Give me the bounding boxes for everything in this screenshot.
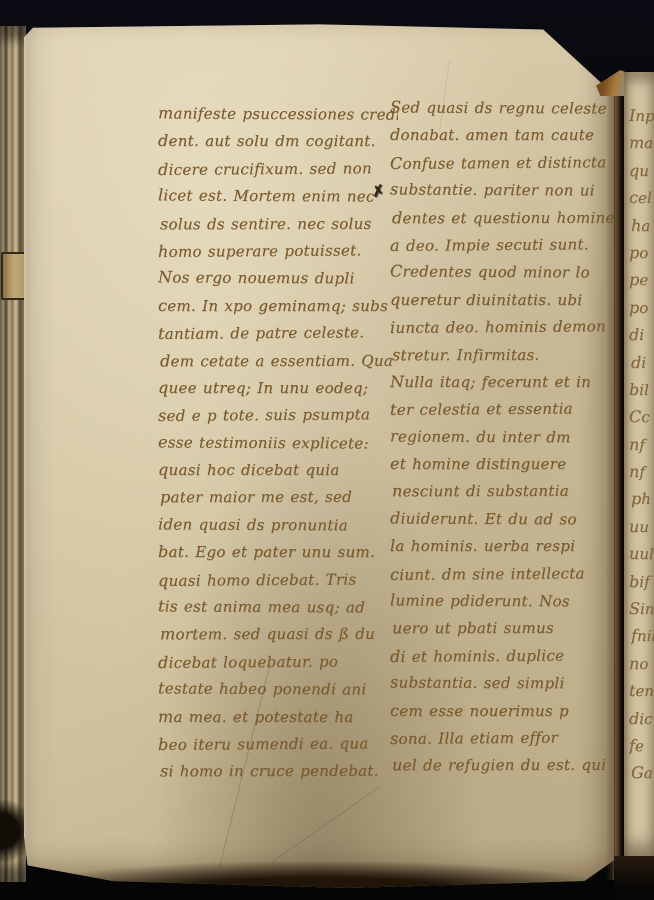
manuscript-text-fragment: ha [631, 212, 654, 239]
next-page-text-fragments: InpmaqucelhapopepodidibilCcnfnfphuuuulbi… [629, 102, 654, 787]
manuscript-text-fragment: Sin [629, 595, 654, 623]
manuscript-text-line: testate habeo ponendi ani [158, 675, 398, 704]
manuscript-text-line: bat. Ego et pater unu sum. [158, 538, 398, 565]
manuscript-text-line: lumine pdiderunt. Nos [390, 586, 618, 615]
manuscript-text-line: iden quasi ds pronuntia [158, 510, 398, 539]
parchment-page: manifeste psuccessiones credident. aut s… [24, 20, 614, 888]
next-page-sliver: InpmaqucelhapopepodidibilCcnfnfphuuuulbi… [624, 72, 654, 862]
manuscript-text-line: mortem. sed quasi ds ß du [160, 620, 400, 648]
manuscript-text-line: diuiderunt. Et du ad so [390, 504, 618, 533]
manuscript-text-line: cem esse nouerimus p [390, 697, 618, 724]
manuscript-text-line: Credentes quod minor lo [390, 258, 618, 287]
manuscript-text-line: dentes et questionu homines [392, 203, 620, 231]
manuscript-text-line: et homine distinguere [390, 450, 618, 477]
manuscript-text-line: substantia. sed simpli [390, 669, 618, 698]
manuscript-text-line: quasi homo dicebat. Tris [158, 565, 398, 594]
gutter-fold [606, 78, 626, 880]
manuscript-text-fragment: ph [631, 485, 654, 512]
manuscript-text-fragment: nf [629, 431, 654, 459]
manuscript-text-line: a deo. Impie secuti sunt. [390, 230, 618, 259]
manuscript-text-line: donabat. amen tam caute [390, 121, 618, 148]
manuscript-text-line: iuncta deo. hominis demon [390, 312, 618, 341]
manuscript-text-line: manifeste psuccessiones credi [158, 99, 398, 128]
manuscript-text-fragment: di [629, 321, 654, 349]
manuscript-text-fragment: dic [629, 705, 654, 732]
manuscript-text-line: dicere crucifixum. sed non [158, 154, 398, 183]
manuscript-text-fragment: cel [629, 184, 654, 212]
manuscript-text-fragment: bif [629, 568, 654, 596]
manuscript-text-line: licet est. Mortem enim nec [158, 182, 398, 211]
manuscript-text-fragment: bil [629, 376, 654, 403]
manuscript-text-line: solus ds sentire. nec solus [160, 209, 400, 237]
manuscript-text-line: uero ut pbati sumus [392, 614, 620, 642]
manuscript-text-line: ter celestia et essentia [390, 394, 618, 423]
manuscript-text-line: homo superare potuisset. [158, 236, 398, 265]
manuscript-text-fragment: uul [629, 540, 654, 567]
manuscript-text-line: Confuse tamen et distincta [390, 148, 618, 177]
manuscript-text-fragment: Cc [629, 403, 654, 431]
next-page-bottom-shadow [614, 856, 654, 900]
manuscript-text-line: di et hominis. duplice [390, 641, 618, 670]
manuscript-text-line: pater maior me est, sed [160, 483, 400, 511]
manuscript-text-line: ciunt. dm sine intellecta [390, 559, 618, 588]
manuscript-text-fragment: no [629, 650, 654, 678]
manuscript-text-line: esse testimoniis explicete: [158, 428, 398, 457]
manuscript-text-line: si homo in cruce pendebat. [160, 757, 400, 785]
manuscript-text-fragment: po [629, 294, 654, 321]
manuscript-text-fragment: ten [629, 677, 654, 705]
manuscript-text-fragment: di [631, 348, 654, 375]
parchment-crease [271, 787, 379, 863]
manuscript-text-line: tantiam. de patre celeste. [158, 318, 398, 347]
manuscript-text-fragment: Ga [631, 759, 654, 786]
manuscript-text-line: dem cetate a essentiam. Qua [160, 346, 400, 374]
manuscript-text-line: Nos ergo nouemus dupli [158, 264, 398, 293]
text-column-left: manifeste psuccessiones credident. aut s… [158, 100, 398, 785]
manuscript-text-line: uel de refugien du est. qui [392, 751, 620, 779]
manuscript-text-line: ma mea. et potestate ha [158, 703, 398, 730]
manuscript-text-line: dent. aut solu dm cogitant. [158, 127, 398, 154]
manuscript-text-fragment: nf [629, 458, 654, 485]
manuscript-photo: manifeste psuccessiones credident. aut s… [0, 0, 654, 900]
manuscript-text-line: quee utreq; In unu eodeq; [158, 374, 398, 401]
manuscript-text-fragment: uu [629, 513, 654, 541]
manuscript-text-line: Sed quasi ds regnu celeste [390, 93, 618, 122]
manuscript-text-line: substantie. pariter non ui [390, 176, 618, 205]
manuscript-text-fragment: ma [629, 129, 654, 156]
manuscript-text-fragment: Inp [629, 102, 654, 130]
manuscript-text-line: beo iteru sumendi ea. qua [158, 729, 398, 758]
text-column-right: Sed quasi ds regnu celestedonabat. amen … [390, 94, 618, 779]
manuscript-text-fragment: qu [629, 157, 654, 185]
manuscript-text-fragment: fe [629, 732, 654, 760]
manuscript-text-line: queretur diuinitatis. ubi [390, 286, 618, 313]
manuscript-text-line: Nulla itaq; fecerunt et in [390, 368, 618, 395]
manuscript-text-line: dicebat loquebatur. po [158, 647, 398, 676]
manuscript-text-fragment: fnih [631, 622, 654, 649]
manuscript-text-line: sona. Illa etiam effor [390, 723, 618, 752]
manuscript-text-line: tis est anima mea usq; ad [158, 592, 398, 621]
manuscript-text-line: stretur. Infirmitas. [392, 340, 620, 368]
manuscript-text-line: sed e p tote. suis psumpta [158, 400, 398, 429]
manuscript-text-line: regionem. du inter dm [390, 422, 618, 451]
manuscript-text-line: la hominis. uerba respi [390, 532, 618, 559]
manuscript-text-fragment: po [629, 239, 654, 267]
manuscript-text-line: nesciunt di substantia [392, 477, 620, 505]
manuscript-text-fragment: pe [629, 266, 654, 294]
manuscript-text-line: quasi hoc dicebat quia [158, 456, 398, 483]
manuscript-text-line: cem. In xpo geminamq; subs [158, 292, 398, 319]
spine-page-edges [0, 26, 26, 882]
